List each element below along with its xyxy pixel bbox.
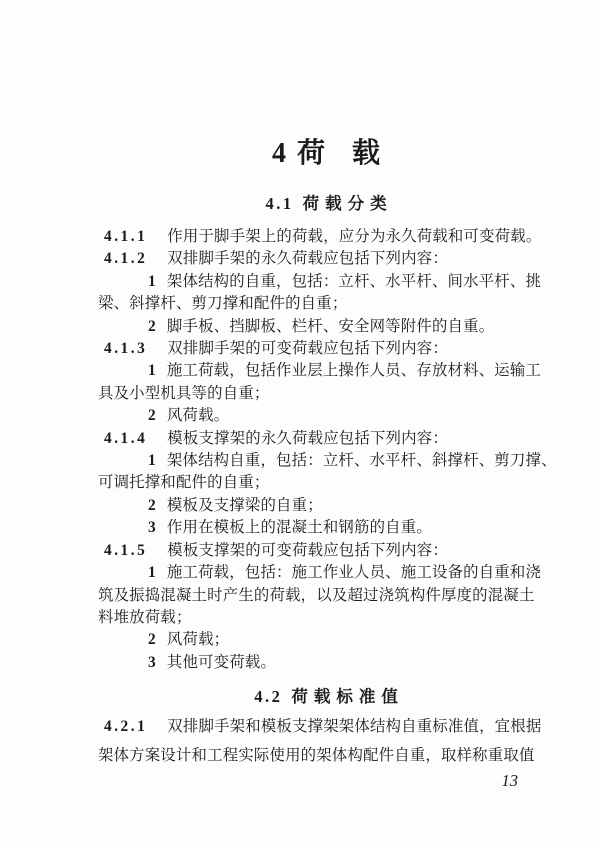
text-content: 荷载标准值 [291,687,404,706]
text-content: 风荷载； [167,631,229,648]
continuation-line: 料堆放荷载； [98,607,538,629]
text-content: 模板及支撑梁的自重； [167,497,323,514]
text-content: 荷载分类 [303,194,393,213]
continuation-line: 梁、斜撑杆、剪刀撑和配件的自重； [98,293,538,315]
clause-number: 4.1.2 [104,250,147,267]
text-content: 双排脚手架的可变荷载应包括下列内容： [167,340,448,357]
text-content: 料堆放荷载； [98,609,192,626]
item-number: 1 [148,273,156,290]
text-content: 双排脚手架和模板支撑架架体结构自重标准值，宜根据 [167,718,541,735]
sub-item-line: 2模板及支撑梁的自重； [98,495,538,517]
text-content: 梁、斜撑杆、剪刀撑和配件的自重； [98,295,347,312]
text-content: 筑及振捣混凝土时产生的荷载，以及超过浇筑构件厚度的混凝土 [98,587,535,604]
page-number: 13 [502,771,519,791]
item-number: 2 [148,497,156,514]
text-content: 脚手板、挡脚板、栏杆、安全网等附件的自重。 [167,318,494,335]
text-content: 模板支撑架的永久荷载应包括下列内容： [167,430,448,447]
text-content: 模板支撑架的可变荷载应包括下列内容： [167,542,448,559]
item-number: 2 [148,407,156,424]
text-content: 施工荷载，包括作业层上操作人员、存放材料、运输工 [167,362,541,379]
clause-number: 4.1.4 [104,430,147,447]
clause-line: 4.1.3双排脚手架的可变荷载应包括下列内容： [98,338,538,360]
section-heading: 4.2荷载标准值 [106,688,546,706]
item-number: 1 [148,564,156,581]
clause-number: 4.1 [265,194,293,213]
clause-number: 4.2.1 [104,718,147,735]
text-content: 作用于脚手架上的荷载，应分为永久荷载和可变荷载。 [167,228,541,245]
sub-item-line: 2脚手板、挡脚板、栏杆、安全网等附件的自重。 [98,316,538,338]
clause-number: 4.1.3 [104,340,147,357]
sub-item-line: 2风荷载。 [98,405,538,427]
sub-item-line: 1施工荷载，包括作业层上操作人员、存放材料、运输工 [98,360,538,382]
clause-number: 4.1.5 [104,542,147,559]
clause-number: 4.2 [254,687,282,706]
text-content: 双排脚手架的永久荷载应包括下列内容： [167,250,448,267]
clause-line: 4.1.2双排脚手架的永久荷载应包括下列内容： [98,248,538,270]
chapter-heading: 4荷载 [106,139,546,168]
continuation-line: 可调托撑和配件的自重； [98,472,538,494]
clause-line: 4.1.4模板支撑架的永久荷载应包括下列内容： [98,428,538,450]
clause-line: 4.1.1作用于脚手架上的荷载，应分为永久荷载和可变荷载。 [98,226,538,248]
document-page: 4荷载4.1荷载分类4.1.1作用于脚手架上的荷载，应分为永久荷载和可变荷载。4… [0,0,600,848]
document-body: 4荷载4.1荷载分类4.1.1作用于脚手架上的荷载，应分为永久荷载和可变荷载。4… [98,139,538,767]
text-content: 其他可变荷载。 [167,654,276,671]
item-number: 3 [148,519,156,536]
text-content: 风荷载。 [167,407,229,424]
sub-item-line: 1施工荷载，包括：施工作业人员、施工设备的自重和浇 [98,562,538,584]
clause-line: 4.1.5模板支撑架的可变荷载应包括下列内容： [98,540,538,562]
text-content: 具及小型机具等的自重； [98,385,270,402]
sub-item-line: 1架体结构的自重，包括：立杆、水平杆、间水平杆、挑 [98,271,538,293]
item-number: 3 [148,654,156,671]
item-number: 2 [148,318,156,335]
text-content: 荷载 [297,138,407,169]
text-content: 施工荷载，包括：施工作业人员、施工设备的自重和浇 [167,564,541,581]
item-number: 1 [148,452,156,469]
sub-item-line: 3其他可变荷载。 [98,652,538,674]
sub-item-line: 2风荷载； [98,629,538,651]
text-content: 可调托撑和配件的自重； [98,474,270,491]
text-content: 架体方案设计和工程实际使用的架体构配件自重，取样称重取值 [98,747,535,764]
sub-item-line: 1架体结构自重，包括：立杆、水平杆、斜撑杆、剪刀撑、 [98,450,538,472]
section-heading: 4.1荷载分类 [106,195,546,213]
text-content: 架体结构自重，包括：立杆、水平杆、斜撑杆、剪刀撑、 [167,452,557,469]
item-number: 2 [148,631,156,648]
item-number: 1 [148,362,156,379]
clause-number: 4.1.1 [104,228,147,245]
text-content: 架体结构的自重，包括：立杆、水平杆、间水平杆、挑 [167,273,541,290]
continuation-line: 架体方案设计和工程实际使用的架体构配件自重，取样称重取值 [98,745,538,767]
text-content: 作用在模板上的混凝土和钢筋的自重。 [167,519,432,536]
clause-number: 4 [272,138,286,169]
sub-item-line: 3作用在模板上的混凝土和钢筋的自重。 [98,517,538,539]
continuation-line: 具及小型机具等的自重； [98,383,538,405]
continuation-line: 筑及振捣混凝土时产生的荷载，以及超过浇筑构件厚度的混凝土 [98,585,538,607]
clause-line: 4.2.1双排脚手架和模板支撑架架体结构自重标准值，宜根据 [98,716,538,738]
